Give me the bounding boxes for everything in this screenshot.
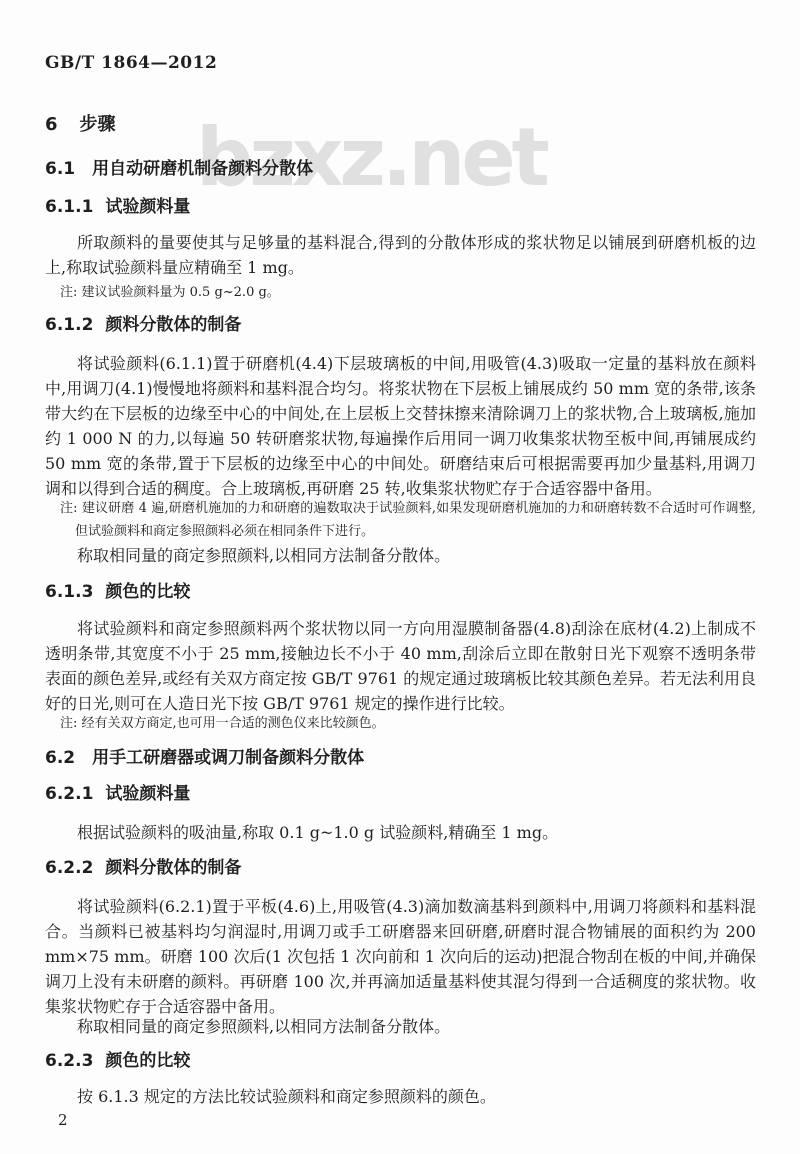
standard-number-header: GB/T 1864—2012 — [45, 52, 756, 74]
section-heading-6-1-1: 6.1.1试验颜料量 — [45, 196, 756, 218]
section-number: 6.2.3 — [45, 1051, 93, 1071]
section-title: 颜料分散体的制备 — [105, 315, 241, 335]
section-title: 用自动研磨机制备颜料分散体 — [92, 159, 313, 179]
paragraph-6-2-2: 将试验颜料(6.2.1)置于平板(4.6)上,用吸管(4.3)滴加数滴基料到颜料… — [45, 894, 756, 1019]
section-heading-6-2: 6.2用手工研磨器或调刀制备颜料分散体 — [45, 747, 756, 769]
paragraph-6-2-3: 按 6.1.3 规定的方法比较试验颜料和商定参照颜料的颜色。 — [45, 1084, 756, 1109]
section-heading-6-1: 6.1用自动研磨机制备颜料分散体 — [45, 158, 756, 180]
section-title: 试验颜料量 — [105, 197, 190, 217]
section-number: 6.1.1 — [45, 197, 93, 217]
section-title: 步骤 — [80, 114, 116, 135]
paragraph-6-1-1: 所取颜料的量要使其与足够量的基料混合,得到的分散体形成的浆状物足以铺展到研磨机板… — [45, 230, 756, 280]
section-number: 6.1 — [45, 159, 75, 179]
paragraph-6-1-2b: 称取相同量的商定参照颜料,以相同方法制备分散体。 — [45, 543, 756, 568]
section-heading-6: 6步骤 — [45, 114, 756, 136]
note-6-1-2: 注: 建议研磨 4 遍,研磨机施加的力和研磨的遍数取决于试验颜料,如果发现研磨机… — [45, 497, 756, 543]
section-title: 颜料分散体的制备 — [105, 858, 241, 878]
page-number: 2 — [58, 1110, 68, 1130]
section-heading-6-2-3: 6.2.3颜色的比较 — [45, 1050, 756, 1072]
section-title: 颜色的比较 — [105, 582, 190, 602]
note-6-1-1: 注: 建议试验颜料量为 0.5 g~2.0 g。 — [45, 281, 756, 304]
section-title: 颜色的比较 — [105, 1051, 190, 1071]
paragraph-6-1-2: 将试验颜料(6.1.1)置于研磨机(4.4)下层玻璃板的中间,用吸管(4.3)吸… — [45, 351, 756, 501]
section-number: 6 — [45, 114, 58, 135]
section-title: 用手工研磨器或调刀制备颜料分散体 — [92, 748, 364, 768]
section-title: 试验颜料量 — [105, 784, 190, 804]
paragraph-6-2-1: 根据试验颜料的吸油量,称取 0.1 g~1.0 g 试验颜料,精确至 1 mg。 — [45, 820, 756, 845]
section-number: 6.2.2 — [45, 858, 93, 878]
note-6-1-3: 注: 经有关双方商定,也可用一合适的测色仪来比较颜色。 — [45, 712, 756, 735]
section-number: 6.2 — [45, 748, 75, 768]
paragraph-6-1-3: 将试验颜料和商定参照颜料两个浆状物以同一方向用湿膜制备器(4.8)刮涂在底材(4… — [45, 616, 756, 716]
section-number: 6.1.3 — [45, 582, 93, 602]
section-heading-6-2-1: 6.2.1试验颜料量 — [45, 783, 756, 805]
page-content: GB/T 1864—2012 6步骤 6.1用自动研磨机制备颜料分散体 6.1.… — [45, 0, 756, 1154]
section-number: 6.2.1 — [45, 784, 93, 804]
section-number: 6.1.2 — [45, 315, 93, 335]
section-heading-6-2-2: 6.2.2颜料分散体的制备 — [45, 857, 756, 879]
section-heading-6-1-3: 6.1.3颜色的比较 — [45, 581, 756, 603]
document-page: bzxz.net GB/T 1864—2012 6步骤 6.1用自动研磨机制备颜… — [0, 0, 800, 1154]
paragraph-6-2-2b: 称取相同量的商定参照颜料,以相同方法制备分散体。 — [45, 1014, 756, 1039]
section-heading-6-1-2: 6.1.2颜料分散体的制备 — [45, 314, 756, 336]
